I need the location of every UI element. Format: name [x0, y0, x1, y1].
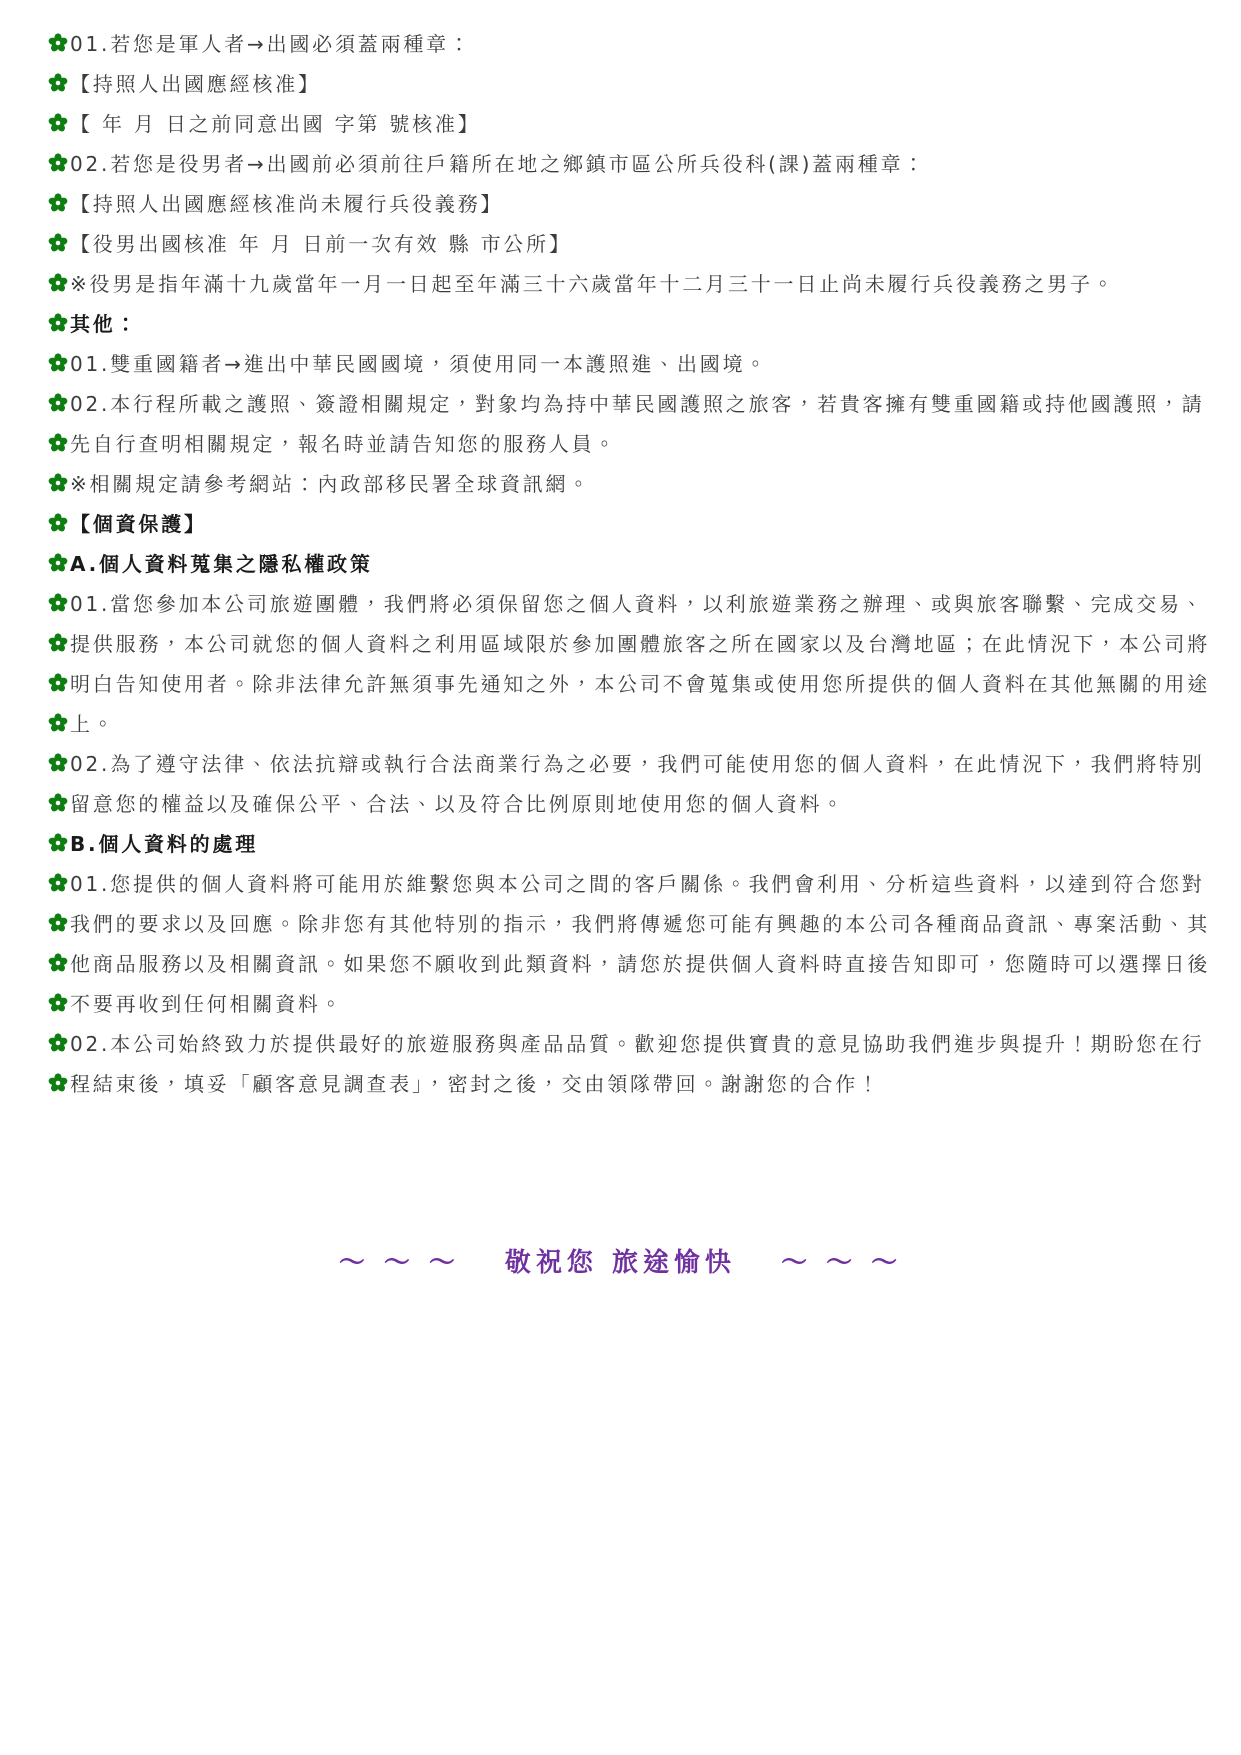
line-text: 【役男出國核准 年 月 日前一次有效 縣 市公所】 [70, 232, 572, 256]
flower-bullet-icon [48, 593, 69, 613]
text-line: 01.當您參加本公司旅遊團體，我們將必須保留您之個人資料，以利旅遊業務之辦理、或… [48, 584, 1201, 624]
flower-bullet-icon [48, 673, 69, 693]
text-line: 02.若您是役男者→出國前必須前往戶籍所在地之鄉鎮市區公所兵役科(課)蓋兩種章： [48, 144, 1201, 184]
line-text: 01.雙重國籍者→進出中華民國國境，須使用同一本護照進、出國境。 [70, 352, 768, 376]
line-text: 02.本公司始終致力於提供最好的旅遊服務與產品品質。歡迎您提供寶貴的意見協助我們… [70, 1032, 1205, 1056]
document-body: 01.若您是軍人者→出國必須蓋兩種章： 【持照人出國應經核准】 【 年 月 日之… [0, 0, 1241, 1104]
document-page: 01.若您是軍人者→出國必須蓋兩種章： 【持照人出國應經核准】 【 年 月 日之… [0, 0, 1241, 1755]
flower-bullet-icon [48, 913, 69, 933]
text-line: 02.本行程所載之護照、簽證相關規定，對象均為持中華民國護照之旅客，若貴客擁有雙… [48, 384, 1201, 424]
text-line: 提供服務，本公司就您的個人資料之利用區域限於參加團體旅客之所在國家以及台灣地區；… [48, 624, 1201, 664]
text-line: 01.雙重國籍者→進出中華民國國境，須使用同一本護照進、出國境。 [48, 344, 1201, 384]
line-text: 留意您的權益以及確保公平、合法、以及符合比例原則地使用您的個人資料。 [70, 792, 845, 816]
flower-bullet-icon [48, 353, 69, 373]
text-line: 01.您提供的個人資料將可能用於維繫您與本公司之間的客戶關係。我們會利用、分析這… [48, 864, 1201, 904]
line-text: 【持照人出國應經核准尚未履行兵役義務】 [70, 192, 503, 216]
line-text: 他商品服務以及相關資訊。如果您不願收到此類資料，請您於提供個人資料時直接告知即可… [70, 952, 1210, 976]
text-line: 【個資保護】 [48, 504, 1201, 544]
closing-wish-line: ～ ～ ～ 敬祝您 旅途愉快 ～ ～ ～ [0, 1243, 1241, 1283]
flower-bullet-icon [48, 953, 69, 973]
flower-bullet-icon [48, 793, 69, 813]
text-line: 明白告知使用者。除非法律允許無須事先通知之外，本公司不會蒐集或使用您所提供的個人… [48, 664, 1201, 704]
line-text: 02.為了遵守法律、依法抗辯或執行合法商業行為之必要，我們可能使用您的個人資料，… [70, 752, 1205, 776]
text-line: 02.為了遵守法律、依法抗辯或執行合法商業行為之必要，我們可能使用您的個人資料，… [48, 744, 1201, 784]
text-line: ※相關規定請參考網站：內政部移民署全球資訊網。 [48, 464, 1201, 504]
flower-bullet-icon [48, 193, 69, 213]
flower-bullet-icon [48, 833, 69, 853]
flower-bullet-icon [48, 113, 69, 133]
flower-bullet-icon [48, 1033, 69, 1053]
line-text: 明白告知使用者。除非法律允許無須事先通知之外，本公司不會蒐集或使用您所提供的個人… [70, 672, 1210, 696]
text-line: B.個人資料的處理 [48, 824, 1201, 864]
line-text: B.個人資料的處理 [70, 832, 258, 856]
flower-bullet-icon [48, 233, 69, 253]
line-text: 上。 [70, 712, 116, 736]
text-line: 【持照人出國應經核准】 [48, 64, 1201, 104]
text-line: 其他： [48, 304, 1201, 344]
flower-bullet-icon [48, 153, 69, 173]
text-line: 02.本公司始終致力於提供最好的旅遊服務與產品品質。歡迎您提供寶貴的意見協助我們… [48, 1024, 1201, 1064]
flower-bullet-icon [48, 553, 69, 573]
text-line: 【役男出國核准 年 月 日前一次有效 縣 市公所】 [48, 224, 1201, 264]
flower-bullet-icon [48, 633, 69, 653]
text-line: 程結束後，填妥「顧客意見調查表」，密封之後，交由領隊帶回。謝謝您的合作！ [48, 1064, 1201, 1104]
line-text: 程結束後，填妥「顧客意見調查表」，密封之後，交由領隊帶回。謝謝您的合作！ [70, 1072, 881, 1096]
line-text: 【個資保護】 [70, 512, 207, 536]
flower-bullet-icon [48, 873, 69, 893]
line-text: 01.若您是軍人者→出國必須蓋兩種章： [70, 32, 472, 56]
flower-bullet-icon [48, 273, 69, 293]
flower-bullet-icon [48, 433, 69, 453]
flower-bullet-icon [48, 33, 69, 53]
line-text: A.個人資料蒐集之隱私權政策 [70, 552, 373, 576]
flower-bullet-icon [48, 753, 69, 773]
text-line: 01.若您是軍人者→出國必須蓋兩種章： [48, 24, 1201, 64]
text-line: 【 年 月 日之前同意出國 字第 號核准】 [48, 104, 1201, 144]
line-text: 01.您提供的個人資料將可能用於維繫您與本公司之間的客戶關係。我們會利用、分析這… [70, 872, 1205, 896]
text-line: 先自行查明相關規定，報名時並請告知您的服務人員。 [48, 424, 1201, 464]
flower-bullet-icon [48, 393, 69, 413]
text-line: 【持照人出國應經核准尚未履行兵役義務】 [48, 184, 1201, 224]
line-text: ※相關規定請參考網站：內政部移民署全球資訊網。 [70, 472, 591, 496]
line-text: 先自行查明相關規定，報名時並請告知您的服務人員。 [70, 432, 617, 456]
flower-bullet-icon [48, 1073, 69, 1093]
text-line: ※役男是指年滿十九歲當年一月一日起至年滿三十六歲當年十二月三十一日止尚未履行兵役… [48, 264, 1201, 304]
line-text: 02.若您是役男者→出國前必須前往戶籍所在地之鄉鎮市區公所兵役科(課)蓋兩種章： [70, 152, 926, 176]
line-text: 01.當您參加本公司旅遊團體，我們將必須保留您之個人資料，以利旅遊業務之辦理、或… [70, 592, 1205, 616]
text-line: 上。 [48, 704, 1201, 744]
text-line: 他商品服務以及相關資訊。如果您不願收到此類資料，請您於提供個人資料時直接告知即可… [48, 944, 1201, 984]
line-text: 提供服務，本公司就您的個人資料之利用區域限於參加團體旅客之所在國家以及台灣地區；… [70, 632, 1210, 656]
text-line: A.個人資料蒐集之隱私權政策 [48, 544, 1201, 584]
flower-bullet-icon [48, 993, 69, 1013]
line-text: 【 年 月 日之前同意出國 字第 號核准】 [70, 112, 481, 136]
flower-bullet-icon [48, 313, 69, 333]
line-text: ※役男是指年滿十九歲當年一月一日起至年滿三十六歲當年十二月三十一日止尚未履行兵役… [70, 272, 1116, 296]
text-line: 留意您的權益以及確保公平、合法、以及符合比例原則地使用您的個人資料。 [48, 784, 1201, 824]
flower-bullet-icon [48, 473, 69, 493]
line-text: 不要再收到任何相關資料。 [70, 992, 344, 1016]
line-text: 02.本行程所載之護照、簽證相關規定，對象均為持中華民國護照之旅客，若貴客擁有雙… [70, 392, 1205, 416]
flower-bullet-icon [48, 73, 69, 93]
text-line: 不要再收到任何相關資料。 [48, 984, 1201, 1024]
text-line: 我們的要求以及回應。除非您有其他特別的指示，我們將傳遞您可能有興趣的本公司各種商… [48, 904, 1201, 944]
line-text: 其他： [70, 312, 138, 336]
flower-bullet-icon [48, 513, 69, 533]
flower-bullet-icon [48, 713, 69, 733]
line-text: 【持照人出國應經核准】 [70, 72, 321, 96]
line-text: 我們的要求以及回應。除非您有其他特別的指示，我們將傳遞您可能有興趣的本公司各種商… [70, 912, 1210, 936]
